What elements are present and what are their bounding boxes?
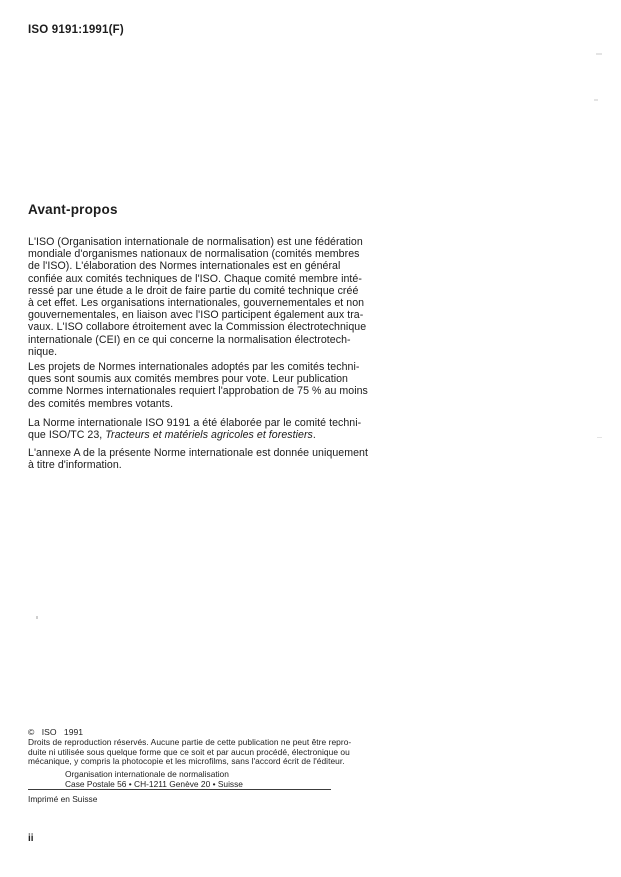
- printed-in-note: Imprimé en Suisse: [28, 794, 97, 804]
- document-page: ISO 9191:1991(F) Avant-propos L'ISO (Org…: [0, 0, 621, 877]
- foreword-paragraph-4: L'annexe A de la présente Norme internat…: [28, 447, 430, 471]
- scan-artifact: [36, 616, 38, 619]
- publisher-address: Case Postale 56 • CH-1211 Genève 20 • Su…: [65, 780, 243, 790]
- foreword-paragraph-3: La Norme internationale ISO 9191 a été é…: [28, 417, 430, 441]
- paragraph-text-end: .: [313, 429, 316, 441]
- footer-divider: [28, 789, 331, 790]
- copyright-notice: © ISO 1991: [28, 727, 83, 737]
- committee-name-italic: Tracteurs et matériels agricoles et fore…: [105, 429, 313, 441]
- foreword-title: Avant-propos: [28, 202, 118, 217]
- reproduction-rights-text: Droits de reproduction réservés. Aucune …: [28, 738, 456, 767]
- scan-artifact: [596, 53, 602, 55]
- foreword-paragraph-1: L'ISO (Organisation internationale de no…: [28, 236, 430, 358]
- scan-artifact: [597, 437, 602, 438]
- foreword-paragraph-2: Les projets de Normes internationales ad…: [28, 361, 430, 410]
- page-number: ii: [28, 833, 34, 844]
- scan-artifact: [594, 99, 598, 101]
- document-reference: ISO 9191:1991(F): [28, 24, 124, 36]
